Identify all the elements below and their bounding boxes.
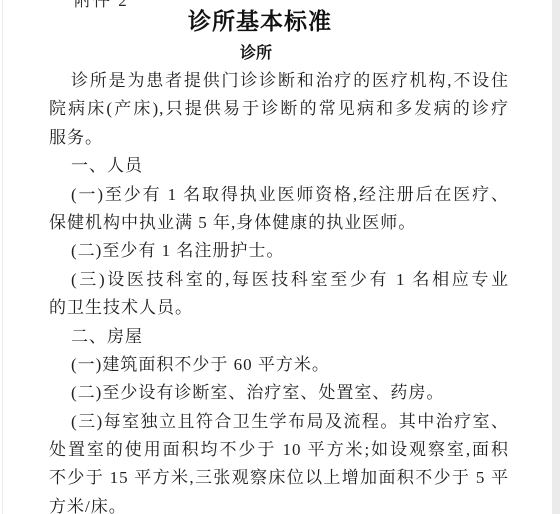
- body-line: 不少于 15 平方米,三张观察床位以上增加面积不少于 5 平: [49, 464, 509, 492]
- document-title: 诊所基本标准: [0, 3, 520, 36]
- body-line: 处置室的使用面积均不少于 10 平方米;如设观察室,面积: [49, 436, 509, 464]
- body-line: 的卫生技术人员。: [49, 294, 509, 322]
- section-heading-personnel: 一、人员: [49, 152, 509, 180]
- page-left-edge: [2, 0, 3, 514]
- body-line: (三)每室独立且符合卫生学布局及流程。其中治疗室、: [49, 408, 509, 436]
- body-line: (一)至少有 1 名取得执业医师资格,经注册后在医疗、: [49, 181, 509, 209]
- body-line: 保健机构中执业满 5 年,身体健康的执业医师。: [49, 209, 509, 237]
- body-line: (二)至少有 1 名注册护士。: [49, 237, 509, 265]
- body-line: 服务。: [49, 124, 509, 152]
- document-subtitle: 诊所: [0, 40, 512, 63]
- body-line: 院病床(产床),只提供易于诊断的常见病和多发病的诊疗: [49, 95, 509, 123]
- section-heading-premises: 二、房屋: [49, 323, 509, 351]
- body-line: (三)设医技科室的,每医技科室至少有 1 名相应专业: [49, 266, 509, 294]
- body-line: (二)至少设有诊断室、治疗室、处置室、药房。: [49, 379, 509, 407]
- viewport-gutter: [552, 0, 560, 514]
- body-line: 方米/床。: [49, 493, 509, 514]
- body-line: (一)建筑面积不少于 60 平方米。: [49, 351, 509, 379]
- body-line: 诊所是为患者提供门诊诊断和治疗的医疗机构,不设住: [49, 67, 509, 95]
- document-viewport: 附件 2 诊所基本标准 诊所 诊所是为患者提供门诊诊断和治疗的医疗机构,不设住 …: [0, 0, 560, 514]
- body-text: 诊所是为患者提供门诊诊断和治疗的医疗机构,不设住 院病床(产床),只提供易于诊断…: [49, 67, 509, 514]
